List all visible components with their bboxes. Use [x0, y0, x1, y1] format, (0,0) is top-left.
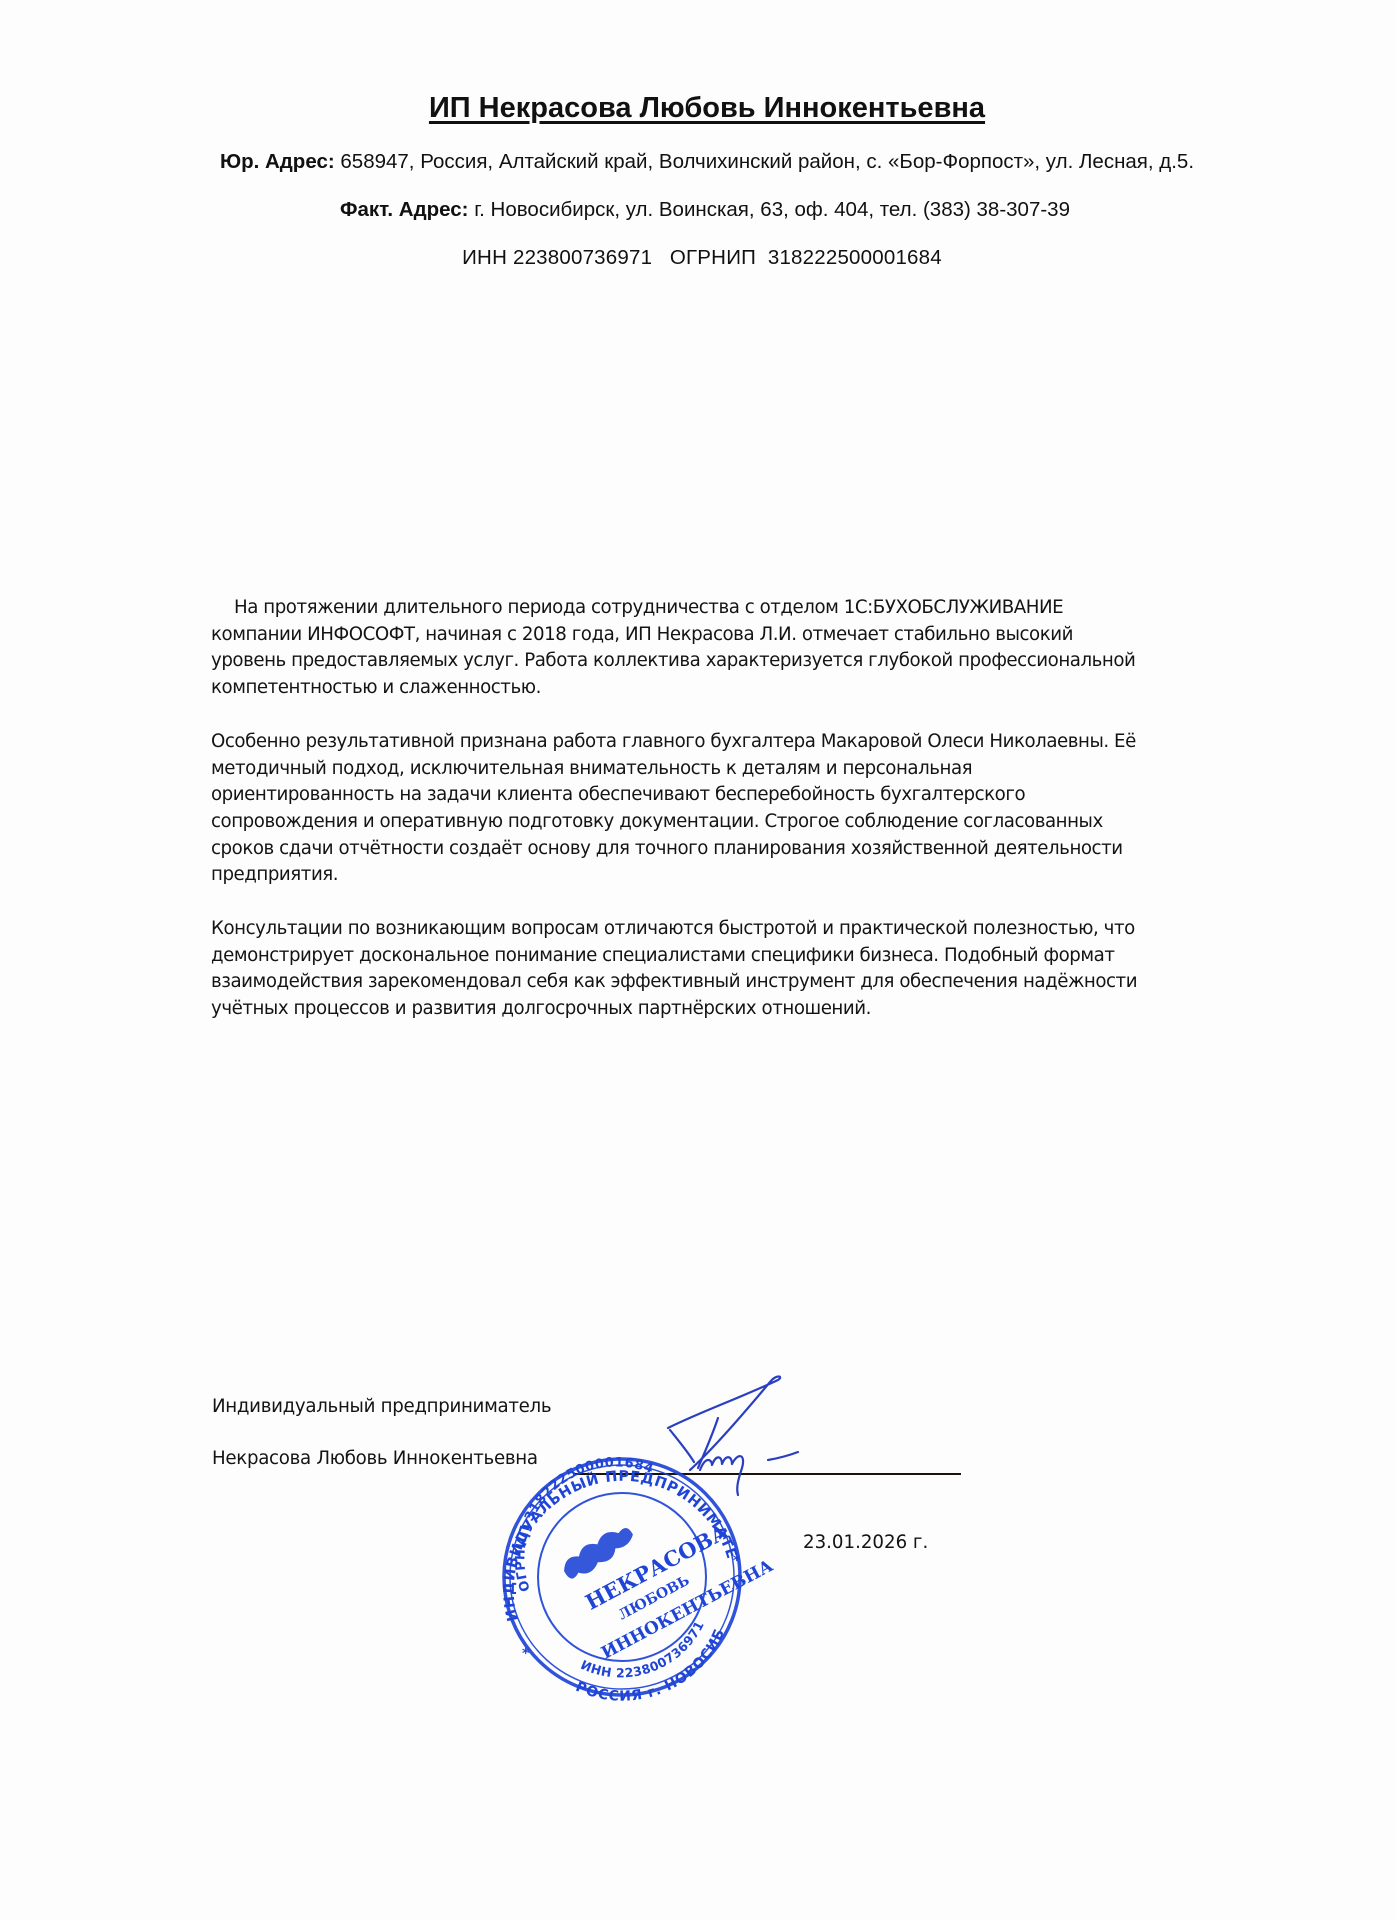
- text-line: Консультации по возникающим вопросам отл…: [211, 916, 1261, 943]
- tax-ids: ИНН 223800736971 ОГРНИП 318222500001684: [4, 246, 1396, 270]
- letter-page: ИП Некрасова Любовь Иннокентьевна Юр. Ад…: [0, 0, 1396, 1920]
- text-line: демонстрирует доскональное понимание спе…: [211, 943, 1261, 970]
- legal-address: Юр. Адрес: 658947, Россия, Алтайский кра…: [9, 150, 1396, 174]
- legal-address-label: Юр. Адрес:: [220, 150, 335, 173]
- actual-address-label: Факт. Адрес:: [340, 198, 469, 221]
- actual-address: Факт. Адрес: г. Новосибирск, ул. Воинска…: [7, 198, 1396, 222]
- svg-text:*: *: [522, 1646, 530, 1662]
- text-line: предприятия.: [211, 862, 1261, 889]
- letterhead-title: ИП Некрасова Любовь Иннокентьевна: [9, 92, 1396, 125]
- handwritten-signature-icon: [600, 1360, 860, 1500]
- letter-body: На протяжении длительного периода сотруд…: [211, 595, 1261, 1050]
- actual-address-value: г. Новосибирск, ул. Воинская, 63, оф. 40…: [469, 198, 1071, 221]
- text-line: сопровождения и оперативную подготовку д…: [211, 809, 1261, 836]
- paragraph-1: На протяжении длительного периода сотруд…: [211, 595, 1261, 702]
- text-line: сроков сдачи отчётности создаёт основу д…: [211, 836, 1261, 863]
- svg-text:*: *: [733, 1553, 741, 1569]
- text-line: компании ИНФОСОФТ, начиная с 2018 года, …: [211, 622, 1261, 649]
- paragraph-2: Особенно результативной признана работа …: [211, 729, 1261, 889]
- text-line: методичный подход, исключительная внимат…: [211, 756, 1261, 783]
- legal-address-value: 658947, Россия, Алтайский край, Волчихин…: [335, 150, 1194, 173]
- signer-position: Индивидуальный предприниматель: [212, 1396, 551, 1417]
- text-line: На протяжении длительного периода сотруд…: [211, 595, 1261, 622]
- paragraph-3: Консультации по возникающим вопросам отл…: [211, 916, 1261, 1023]
- text-line: взаимодействия зарекомендовал себя как э…: [211, 969, 1261, 996]
- document-date: 23.01.2026 г.: [803, 1532, 928, 1553]
- text-line: учётных процессов и развития долгосрочны…: [211, 996, 1261, 1023]
- text-line: уровень предоставляемых услуг. Работа ко…: [211, 648, 1261, 675]
- text-line: ориентированность на задачи клиента обес…: [211, 782, 1261, 809]
- text-line: компетентностью и слаженностью.: [211, 675, 1261, 702]
- text-line: Особенно результативной признана работа …: [211, 729, 1261, 756]
